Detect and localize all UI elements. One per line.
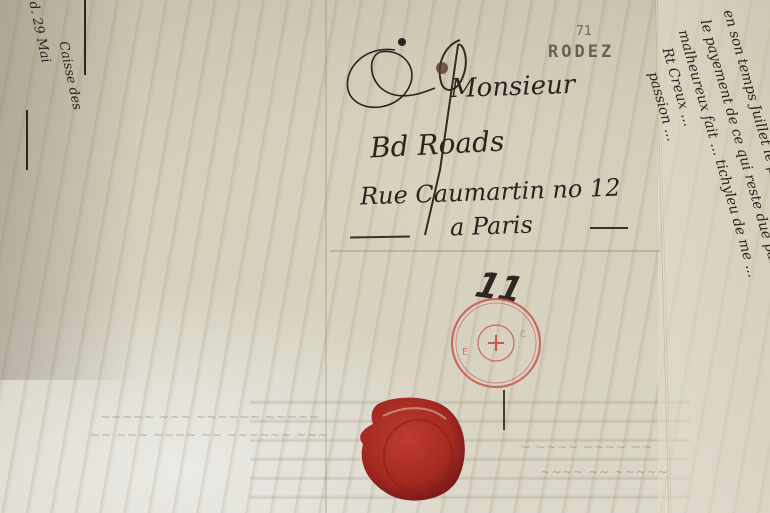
address-line-name: Bd Roads — [369, 125, 505, 165]
ink-stroke — [503, 390, 505, 430]
ghost-writing: ~~~~~ ~~~ ~~~~~~ ~~~~~ — [100, 410, 319, 425]
postmark-number: 71 — [576, 24, 592, 39]
address-line-monsieur: Monsieur — [450, 70, 576, 104]
letter-photograph: d. 29 Mai Caisse des ~~~~~ ~~~ ~~~~~~ ~~… — [0, 0, 770, 513]
ghost-writing: ~~ ~~~ ~~~~ ~~ ~~~~~~ ~~~ — [90, 428, 329, 443]
margin-rule — [26, 110, 28, 170]
circular-datestamp-icon: E C — [448, 295, 544, 391]
address-line-city: a Paris — [450, 211, 534, 242]
wax-seal-icon — [358, 394, 470, 506]
dash-mark — [590, 227, 628, 229]
margin-rule — [84, 0, 86, 75]
svg-text:C: C — [520, 330, 526, 340]
ghost-writing: ~ ~~~~ ~~~~ ~~ — [520, 440, 652, 455]
ghost-writing: ~~~~ ~~ ~~~~~ — [540, 465, 668, 480]
svg-text:E: E — [462, 347, 468, 358]
origin-postmark: RODEZ — [548, 42, 614, 62]
